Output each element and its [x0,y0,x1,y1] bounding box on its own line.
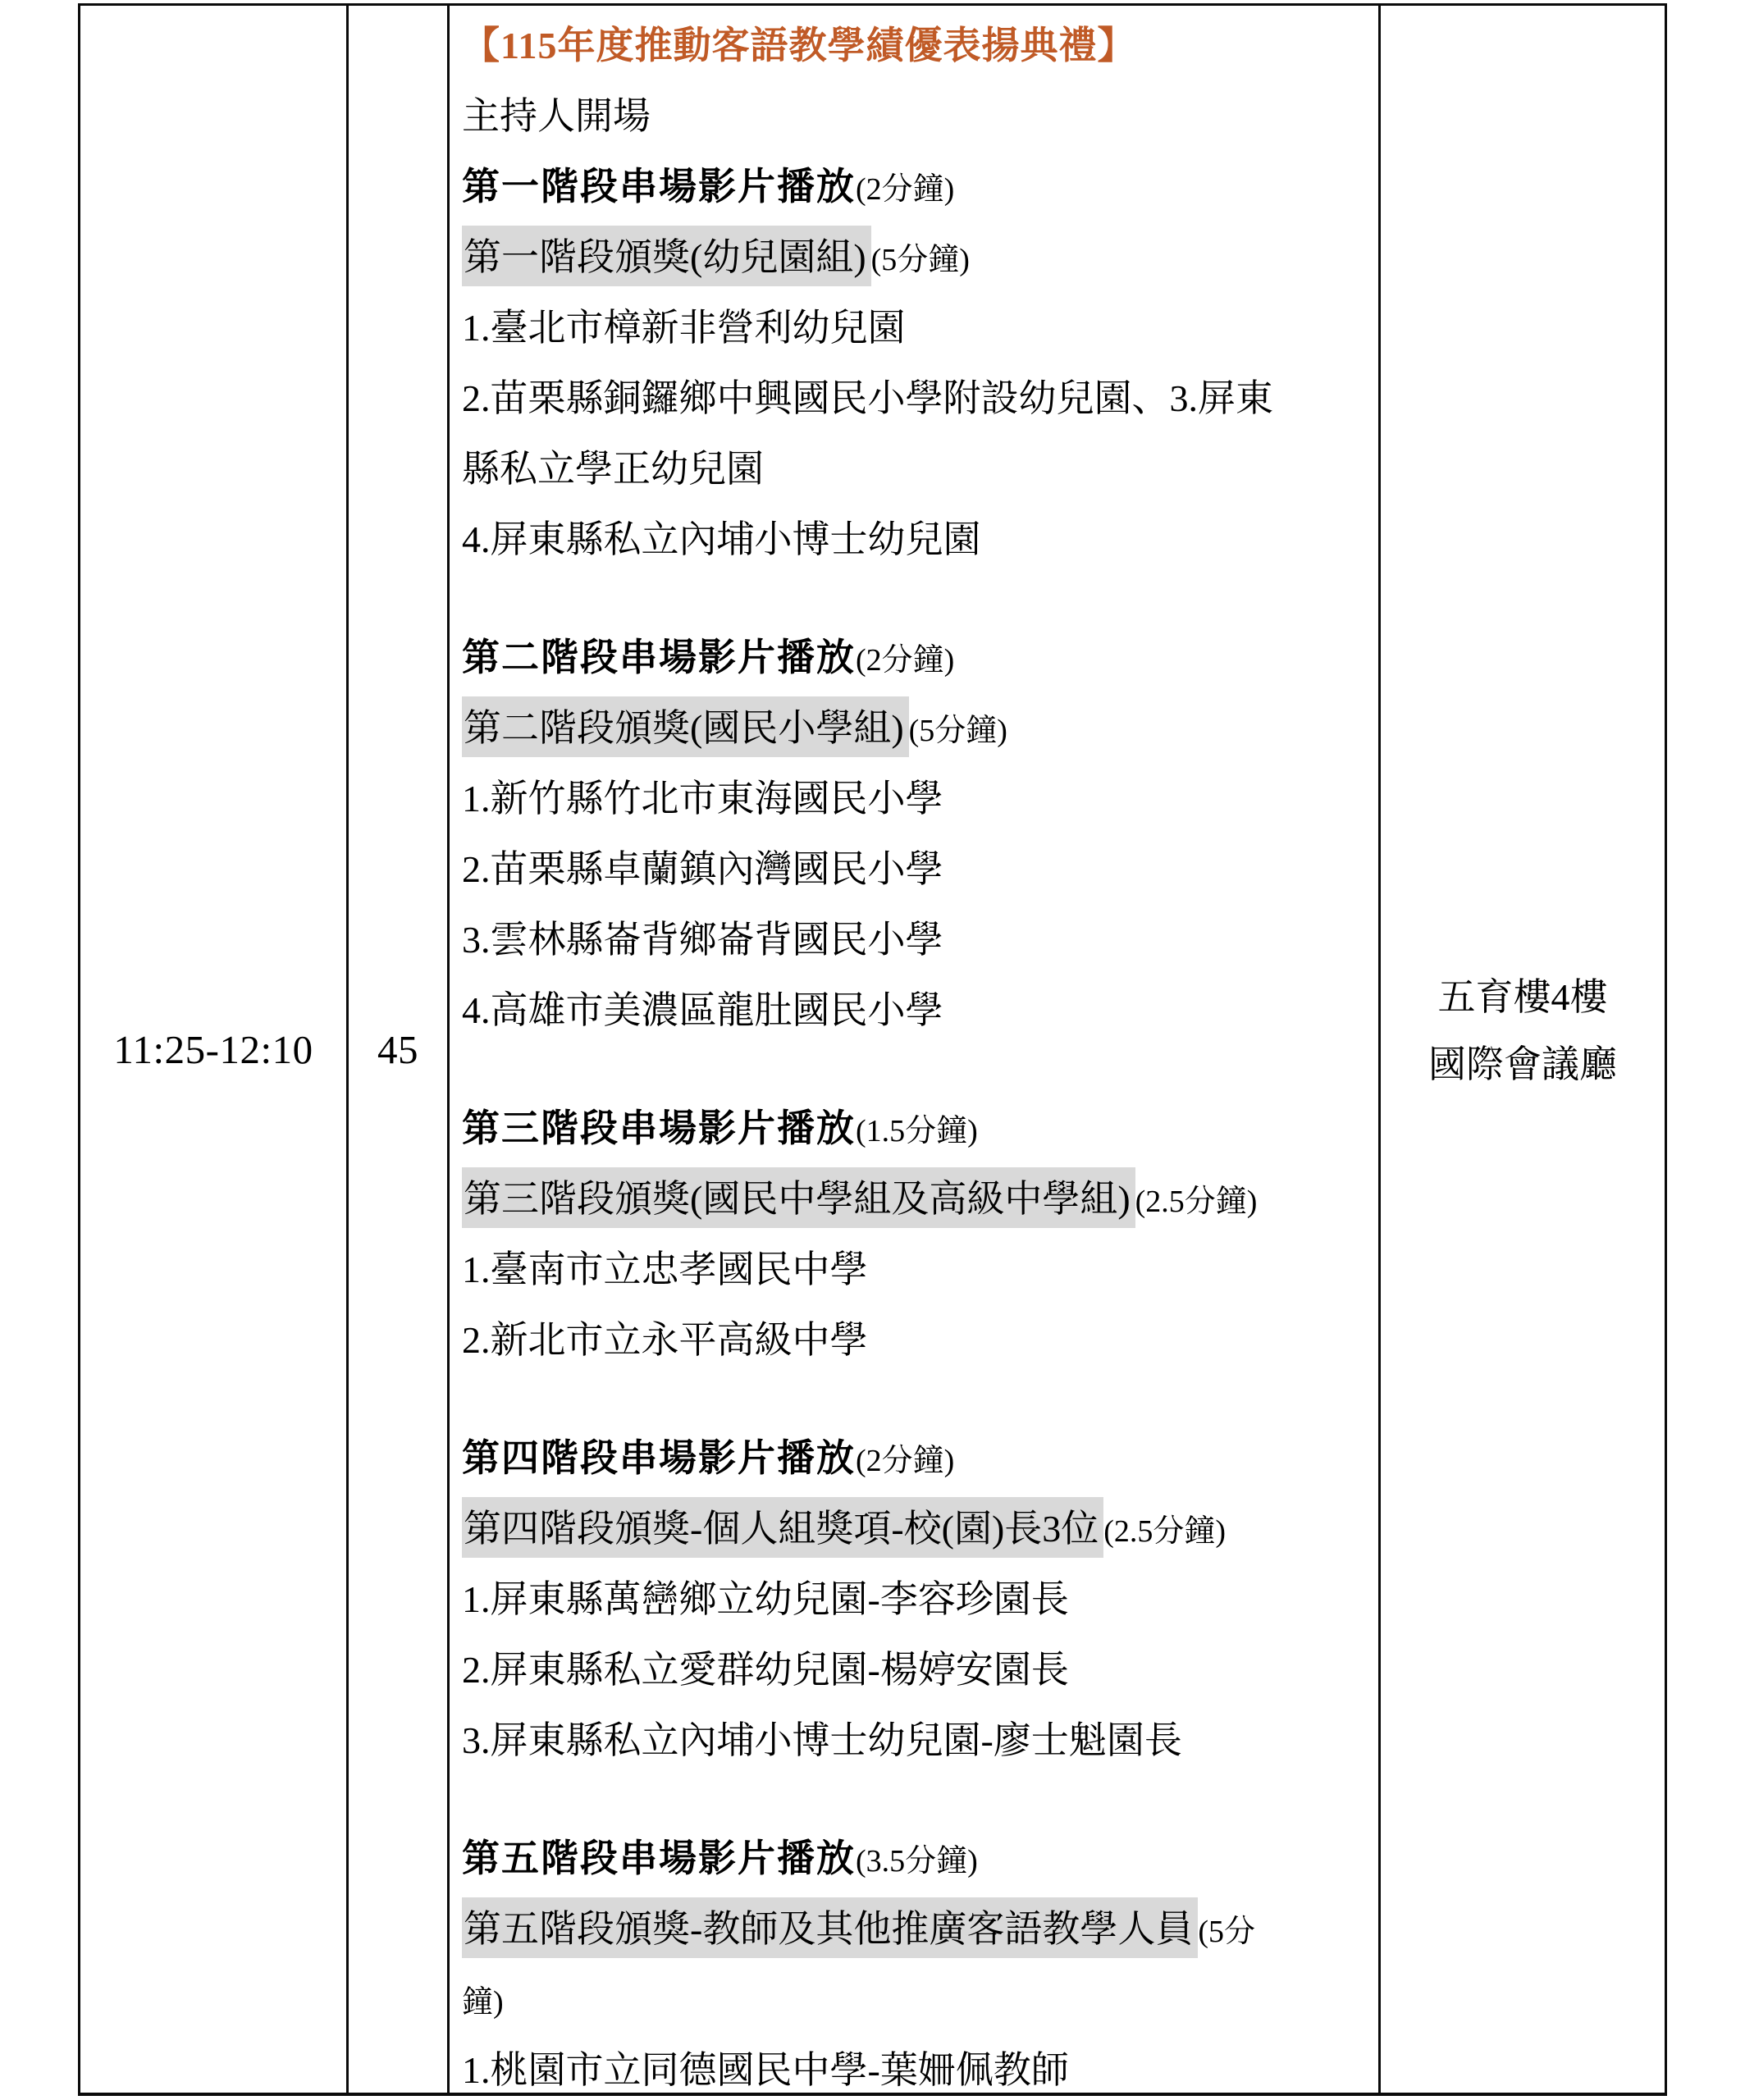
duration-cell: 45 [349,6,450,2093]
agenda-text: 2.新北市立永平高級中學 [462,1319,868,1361]
highlighted-award-text: 第二階段頒獎(國民小學組) [462,696,909,757]
stage-heading: 第五階段串場影片播放 [462,1837,856,1879]
stage-heading: 第二階段串場影片播放 [462,637,856,678]
time-range: 11:25-12:10 [113,1026,313,1073]
agenda-line: 第五階段串場影片播放(3.5分鐘) [462,1824,1370,1894]
agenda-text: 縣私立學正幼兒園 [462,448,764,490]
agenda-line: 主持人開場 [462,81,1370,152]
agenda-text: 1.屏東縣萬巒鄉立幼兒園-李容珍園長 [462,1578,1069,1620]
duration-note: (2.5分鐘) [1135,1185,1258,1219]
agenda-text: 2.苗栗縣卓蘭鎮內灣國民小學 [462,848,943,890]
agenda-line: 第二階段串場影片播放(2分鐘) [462,623,1370,693]
duration-note: (2分鐘) [856,172,954,207]
duration-note: (5分 [1198,1915,1255,1949]
duration-note: (1.5分鐘) [856,1114,978,1148]
highlighted-award-text: 第四階段頒獎-個人組獎項-校(園)長3位 [462,1497,1103,1558]
duration-note: (5分鐘) [871,243,970,277]
agenda-text: 3.雲林縣崙背鄉崙背國民小學 [462,919,943,961]
agenda-line: 鐘) [462,1965,1370,2035]
agenda-line: 4.高雄市美濃區龍肚國民小學 [462,975,1370,1046]
ceremony-title: 【115年度推動客語教學績優表揚典禮】 [462,25,1135,66]
highlighted-award-text: 第一階段頒獎(幼兒園組) [462,226,871,286]
agenda-line: 第四階段串場影片播放(2分鐘) [462,1423,1370,1494]
agenda-line: 【115年度推動客語教學績優表揚典禮】 [462,11,1370,81]
schedule-table: 11:25-12:10 45 【115年度推動客語教學績優表揚典禮】主持人開場第… [78,3,1667,2096]
duration-note: (2分鐘) [856,1444,954,1478]
schedule-page: 11:25-12:10 45 【115年度推動客語教學績優表揚典禮】主持人開場第… [0,0,1745,2100]
location-line: 國際會議廳 [1428,1031,1617,1098]
agenda-cell: 【115年度推動客語教學績優表揚典禮】主持人開場第一階段串場影片播放(2分鐘)第… [450,6,1381,2093]
section-gap [462,575,1370,623]
agenda-line: 1.新竹縣竹北市東海國民小學 [462,764,1370,834]
agenda-text: 4.高雄市美濃區龍肚國民小學 [462,989,943,1031]
agenda-line: 2.屏東縣私立愛群幼兒園-楊婷安園長 [462,1635,1370,1705]
agenda-line: 第三階段頒獎(國民中學組及高級中學組)(2.5分鐘) [462,1164,1370,1235]
agenda-text: 4.屏東縣私立內埔小博士幼兒園 [462,518,981,560]
duration-note: (5分鐘) [909,714,1007,748]
agenda-line: 1.臺南市立忠孝國民中學 [462,1235,1370,1305]
time-cell: 11:25-12:10 [80,6,349,2093]
duration-note: 鐘) [462,1985,504,2020]
section-gap [462,1776,1370,1824]
agenda-line: 4.屏東縣私立內埔小博士幼兒園 [462,504,1370,575]
section-gap [462,1376,1370,1423]
agenda-line: 3.雲林縣崙背鄉崙背國民小學 [462,905,1370,975]
agenda-line: 第一階段頒獎(幼兒園組)(5分鐘) [462,222,1370,293]
agenda-text: 1.臺北市樟新非營利幼兒園 [462,307,906,349]
agenda-line: 2.苗栗縣銅鑼鄉中興國民小學附設幼兒園、3.屏東 [462,363,1370,434]
agenda-text: 1.臺南市立忠孝國民中學 [462,1249,868,1290]
duration-note: (2分鐘) [856,643,954,678]
location-line: 五育樓4樓 [1438,964,1608,1031]
agenda-text: 1.新竹縣竹北市東海國民小學 [462,778,943,819]
agenda-text: 3.屏東縣私立內埔小博士幼兒園-廖士魁園長 [462,1719,1182,1761]
duration-minutes: 45 [377,1026,418,1073]
agenda-line: 3.屏東縣私立內埔小博士幼兒園-廖士魁園長 [462,1705,1370,1776]
highlighted-award-text: 第五階段頒獎-教師及其他推廣客語教學人員 [462,1897,1198,1958]
agenda-text: 1.桃園市立同德國民中學-葉姍佩教師 [462,2049,1069,2091]
agenda-line: 2.新北市立永平高級中學 [462,1305,1370,1376]
agenda-line: 1.屏東縣萬巒鄉立幼兒園-李容珍園長 [462,1564,1370,1635]
agenda-line: 縣私立學正幼兒園 [462,434,1370,504]
agenda-line: 第一階段串場影片播放(2分鐘) [462,152,1370,222]
highlighted-award-text: 第三階段頒獎(國民中學組及高級中學組) [462,1167,1135,1228]
stage-heading: 第四階段串場影片播放 [462,1437,856,1479]
duration-note: (2.5分鐘) [1103,1514,1226,1549]
location-cell: 五育樓4樓 國際會議廳 [1381,0,1665,2075]
section-gap [462,1046,1370,1093]
agenda-line: 第四階段頒獎-個人組獎項-校(園)長3位(2.5分鐘) [462,1494,1370,1564]
agenda-line: 第五階段頒獎-教師及其他推廣客語教學人員(5分 [462,1894,1370,1965]
agenda-line: 第二階段頒獎(國民小學組)(5分鐘) [462,693,1370,764]
agenda-line: 2.苗栗縣卓蘭鎮內灣國民小學 [462,834,1370,905]
agenda-line: 第三階段串場影片播放(1.5分鐘) [462,1093,1370,1164]
agenda-text: 2.苗栗縣銅鑼鄉中興國民小學附設幼兒園、3.屏東 [462,377,1273,419]
duration-note: (3.5分鐘) [856,1844,978,1879]
stage-heading: 第三階段串場影片播放 [462,1107,856,1149]
stage-heading: 第一階段串場影片播放 [462,166,856,208]
agenda-text: 主持人開場 [462,95,651,137]
agenda-line: 1.桃園市立同德國民中學-葉姍佩教師 [462,2035,1370,2093]
agenda-text: 2.屏東縣私立愛群幼兒園-楊婷安園長 [462,1649,1069,1691]
agenda-line: 1.臺北市樟新非營利幼兒園 [462,293,1370,363]
